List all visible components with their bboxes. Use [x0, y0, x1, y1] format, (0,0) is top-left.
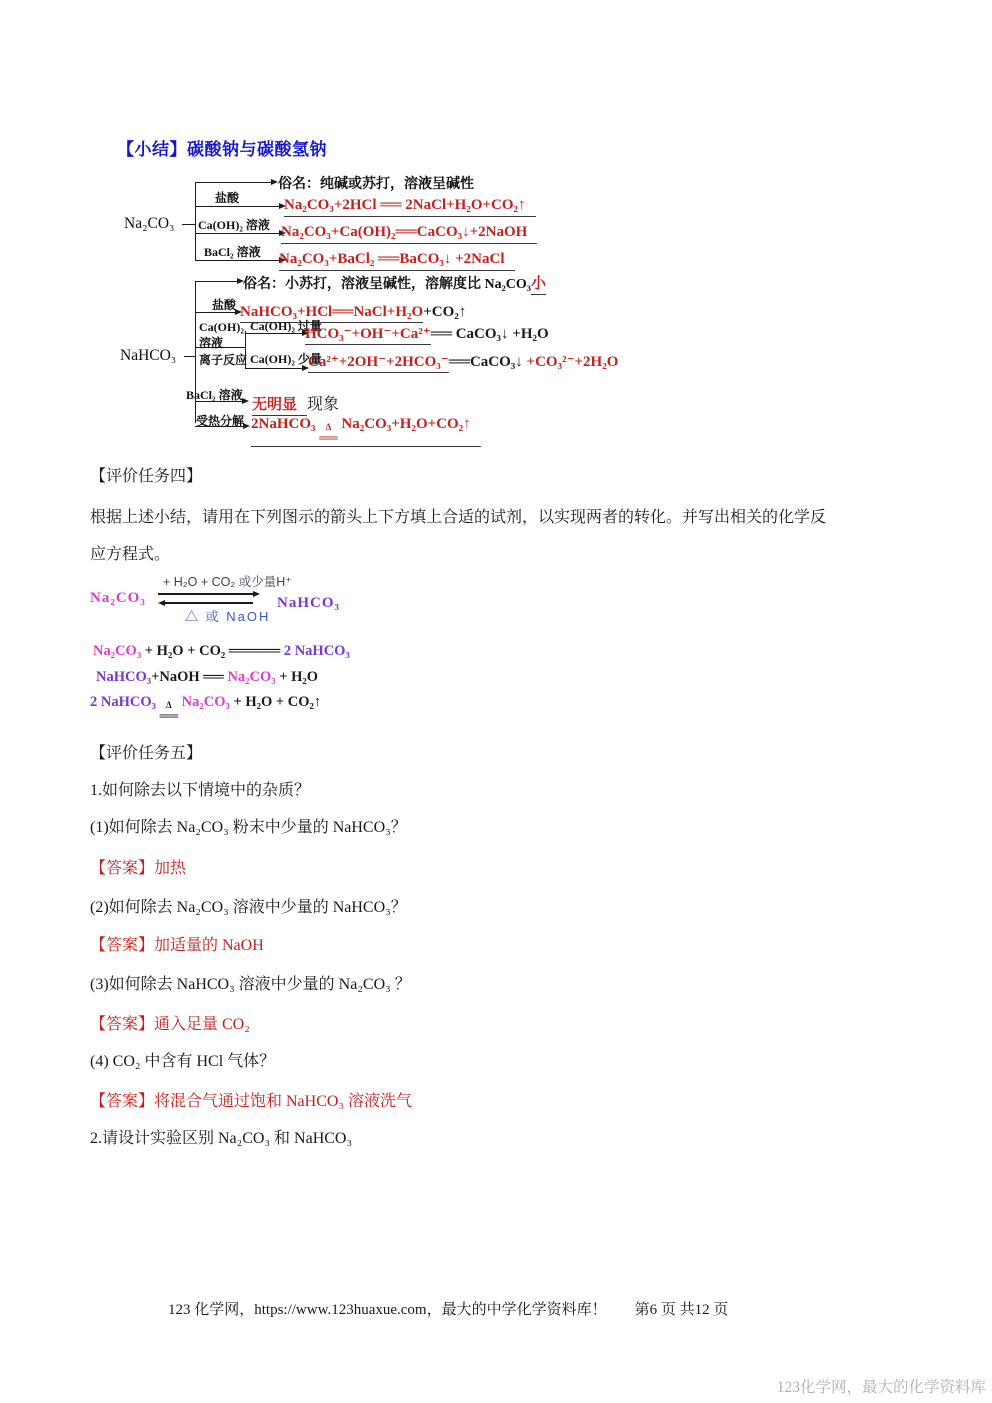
- na2co3-branch2-label: 盐酸: [215, 189, 239, 206]
- eq1-reactants: + H₂O + CO₂: [141, 643, 229, 659]
- conversion-left-species: Na₂CO₃: [90, 590, 146, 607]
- na2co3-branch4-label: BaCl₂ 溶液: [204, 243, 261, 260]
- nahco3-node-connector: [184, 356, 195, 357]
- decompose-pre: 2NaHCO₃: [251, 416, 319, 432]
- eq3-delta-over-equals: Δ══: [160, 701, 178, 722]
- equation-1: Na₂CO₃ + H₂O + CO₂ ═════ 2 NaHCO₃: [93, 643, 350, 660]
- na2co3-hcl-equation: Na₂CO₃+2HCl ══ 2NaCl+H₂O+CO₂↑: [284, 197, 536, 217]
- nahco3-caoh2-excess-equation: HCO₃⁻+OH⁻+Ca²⁺══ CaCO₃↓ +H₂O: [305, 324, 549, 343]
- nahco3-bacl2-result: 无明显现象: [252, 391, 339, 414]
- footer-site-text: 123 化学网，https://www.123huaxue.com，最大的中学化…: [168, 1302, 607, 1318]
- na2co3-node-label: Na₂CO₃: [124, 215, 174, 233]
- nahco3-decompose-line: [195, 426, 243, 427]
- conversion-forward-reagents: + H₂O + CO₂ 或少量H⁺: [163, 572, 292, 590]
- conversion-right-species: NaHCO₃: [277, 595, 340, 612]
- task4-heading: 【评价任务四】: [90, 463, 202, 486]
- document-page: 【小结】碳酸钠与碳酸氢钠 Na₂CO₃ 俗名：纯碱或苏打，溶液呈碱性 盐酸 Na…: [0, 0, 992, 1403]
- eq2-mid: +NaOH ══: [151, 669, 227, 685]
- nahco3-branch2-label: 盐酸: [212, 296, 236, 313]
- summary-title: 【小结】碳酸钠与碳酸氢钠: [117, 135, 327, 160]
- na2co3-tree-trunk: [195, 182, 196, 260]
- watermark-text: 123化学网，最大的化学资料库: [777, 1375, 986, 1397]
- eq3-equals: ══: [160, 709, 178, 722]
- eq3-tail: + H₂O + CO₂↑: [233, 694, 321, 710]
- task4-paragraph-line2: 应方程式。: [90, 541, 170, 564]
- nahco3-caoh2-deficit-line: [245, 368, 302, 369]
- na2co3-alias-text: 俗名：纯碱或苏打，溶液呈碱性: [278, 173, 474, 193]
- eq1-product: 2 NaHCO₃: [280, 643, 350, 659]
- nahco3-alias-black: 俗名：小苏打，溶液呈碱性，溶解度比 Na₂CO₃: [243, 277, 531, 292]
- eq1-na2co3: Na₂CO₃: [93, 643, 141, 659]
- na2co3-branch3-label: Ca(OH)₂ 溶液: [198, 216, 270, 233]
- bacl2-result-red: 无明显: [252, 397, 307, 416]
- deficit-eq-red2: +CO₃²⁻+2H₂O: [523, 354, 619, 370]
- task5-question1-2: (2)如何除去 Na₂CO₃ 溶液中少量的 NaHCO₃？: [90, 894, 407, 917]
- task4-paragraph-line1: 根据上述小结，请用在下列图示的箭头上下方填上合适的试剂，以实现两者的转化。并写出…: [90, 504, 826, 527]
- nahco3-branch2-line: [195, 312, 235, 313]
- task5-answer4: 【答案】将混合气通过饱和 NaHCO₃ 溶液洗气: [90, 1088, 412, 1111]
- equation-3: 2 NaHCO₃ Δ══ Na₂CO₃ + H₂O + CO₂↑: [90, 694, 321, 722]
- conversion-forward-arrow: [158, 593, 253, 595]
- task5-question1-3: (3)如何除去 NaHCO₃ 溶液中少量的 Na₂CO₃ ？: [90, 971, 411, 994]
- nahco3-decompose-equation: 2NaHCO₃ Δ══ Na₂CO₃+H₂O+CO₂↑: [251, 416, 481, 447]
- nahco3-node-label: NaHCO₃: [120, 347, 176, 365]
- equals-sign: ══: [319, 431, 337, 444]
- na2co3-branch1-line: [195, 182, 271, 183]
- eq1-equals: ═════: [229, 643, 280, 659]
- decompose-post: Na₂CO₃+H₂O+CO₂↑: [338, 416, 471, 432]
- deficit-eq-black: ══CaCO₃↓: [449, 354, 523, 370]
- nahco3-ion-reaction-label: 离子反应: [199, 351, 247, 368]
- eq3-na2co3: Na₂CO₃: [178, 694, 233, 710]
- task5-question2: 2.请设计实验区别 Na₂CO₃ 和 NaHCO₃: [90, 1125, 352, 1148]
- equation-2: NaHCO₃+NaOH ══ Na₂CO₃ + H₂O: [96, 669, 318, 686]
- task5-answer2: 【答案】加适量的 NaOH: [90, 932, 264, 955]
- nahco3-hcl-black: +CO₂↑: [423, 304, 466, 320]
- eq2-tail: + H₂O: [276, 669, 318, 685]
- task5-answer3: 【答案】通入足量 CO₂: [90, 1011, 250, 1034]
- bacl2-result-black: 现象: [307, 396, 339, 413]
- na2co3-branch3-line: [195, 233, 279, 234]
- task5-heading: 【评价任务五】: [90, 740, 202, 763]
- eq3-nahco3: 2 NaHCO₃: [90, 694, 160, 710]
- eq2-nahco3: NaHCO₃: [96, 669, 151, 685]
- na2co3-caoh2-equation: Na₂CO₃+Ca(OH)₂══CaCO₃↓+2NaOH: [281, 224, 537, 244]
- na2co3-branch4-line: [195, 260, 279, 261]
- excess-eq-black: ══ CaCO₃↓ +H₂O: [431, 326, 549, 342]
- task5-answer1: 【答案】加热: [90, 855, 186, 878]
- nahco3-alias-red: 小: [531, 276, 546, 295]
- excess-eq-red: HCO₃⁻+OH⁻+Ca²⁺: [305, 326, 431, 345]
- na2co3-node-connector: [182, 224, 195, 225]
- nahco3-branch3-label-line2: 溶液: [199, 334, 223, 351]
- nahco3-caoh2-deficit-equation: Ca²⁺+2OH⁻+2HCO₃⁻══CaCO₃↓ +CO₃²⁻+2H₂O: [308, 352, 618, 371]
- na2co3-branch2-line: [195, 206, 279, 207]
- footer-page-number: 第6 页 共12 页: [635, 1302, 729, 1318]
- delta-over-equals: Δ══: [319, 423, 337, 444]
- na2co3-bacl2-equation: Na₂CO₃+BaCl₂ ══BaCO₃↓ +2NaCl: [279, 251, 515, 271]
- nahco3-branch1-line: [195, 281, 237, 282]
- task5-question1: 1.如何除去以下情境中的杂质？: [90, 777, 310, 800]
- nahco3-bacl2-line: [195, 401, 242, 402]
- eq2-na2co3: Na₂CO₃: [227, 669, 275, 685]
- page-footer: 123 化学网，https://www.123huaxue.com，最大的中学化…: [168, 1298, 728, 1319]
- nahco3-caoh2-excess-line: [245, 333, 302, 334]
- nahco3-branch3-label-line1: Ca(OH)₂: [199, 320, 244, 335]
- nahco3-alias-text: 俗名：小苏打，溶液呈碱性，溶解度比 Na₂CO₃小: [243, 272, 546, 293]
- conversion-reverse-reagents: △ 或 NaOH: [185, 606, 270, 625]
- deficit-eq-red: Ca²⁺+2OH⁻+2HCO₃⁻: [308, 354, 449, 373]
- task5-question1-4: (4) CO₂ 中含有 HCl 气体？: [90, 1048, 275, 1071]
- conversion-reverse-arrow: [165, 602, 253, 604]
- task5-question1-1: (1)如何除去 Na₂CO₃ 粉末中少量的 NaHCO₃？: [90, 814, 407, 837]
